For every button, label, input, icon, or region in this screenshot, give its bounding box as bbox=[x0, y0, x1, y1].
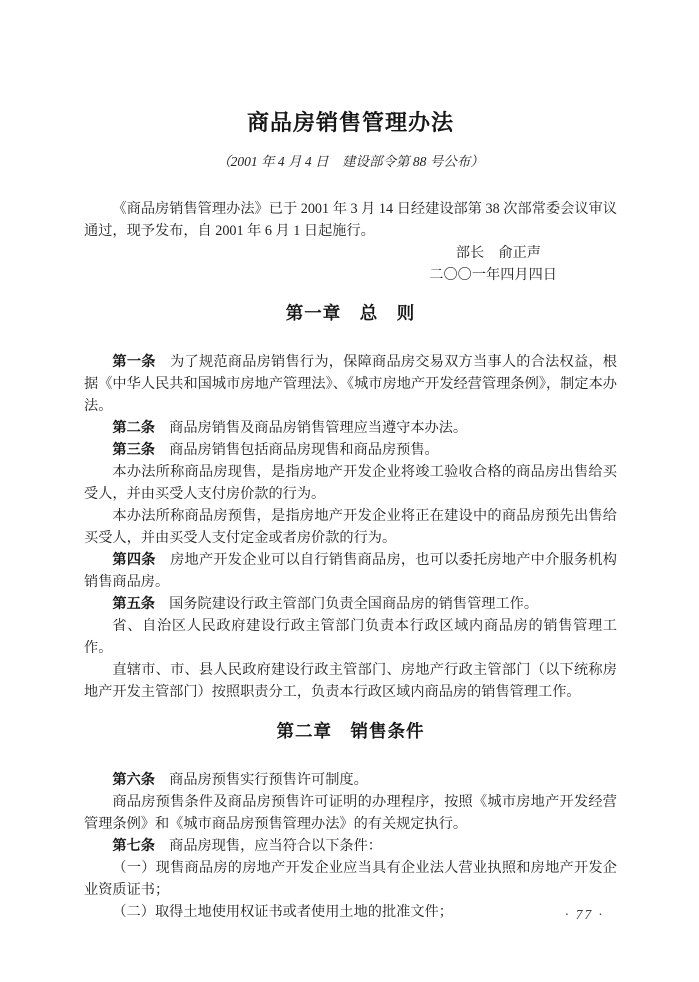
article-5-number: 第五条 bbox=[112, 596, 155, 612]
article-5-paragraph: 第五条 国务院建设行政主管部门负责全国商品房的销售管理工作。 bbox=[84, 593, 617, 615]
promulgation-note: （2001 年 4 月 4 日 建设部令第 88 号公布） bbox=[84, 152, 617, 172]
article-2-number: 第二条 bbox=[112, 420, 155, 436]
article-4-number: 第四条 bbox=[112, 552, 155, 568]
signature-date: 二〇〇一年四月四日 bbox=[84, 264, 617, 286]
article-2-text: 商品房销售及商品房销售管理应当遵守本办法。 bbox=[155, 420, 467, 436]
document-title: 商品房销售管理办法 bbox=[84, 0, 617, 138]
article-3-number: 第三条 bbox=[112, 442, 155, 458]
body-paragraph-province: 省、自治区人民政府建设行政主管部门负责本行政区域内商品房的销售管理工作。 bbox=[84, 615, 617, 659]
article-2-paragraph: 第二条 商品房销售及商品房销售管理应当遵守本办法。 bbox=[84, 417, 617, 439]
condition-item-2: （二）取得土地使用权证书或者使用土地的批准文件； bbox=[84, 901, 617, 923]
document-page: 商品房销售管理办法 （2001 年 4 月 4 日 建设部令第 88 号公布） … bbox=[0, 0, 699, 982]
page-number: · 77 · bbox=[565, 907, 604, 923]
body-paragraph-xianshou-definition: 本办法所称商品房现售，是指房地产开发企业将竣工验收合格的商品房出售给买受人，并由… bbox=[84, 461, 617, 505]
body-paragraph-presale-procedure: 商品房预售条件及商品房预售许可证明的办理程序，按照《城市房地产开发经营管理条例》… bbox=[84, 791, 617, 835]
article-4-paragraph: 第四条 房地产开发企业可以自行销售商品房，也可以委托房地产中介服务机构销售商品房… bbox=[84, 549, 617, 593]
intro-paragraph: 《商品房销售管理办法》已于 2001 年 3 月 14 日经建设部第 38 次部… bbox=[84, 198, 617, 242]
chapter-2-heading: 第二章 销售条件 bbox=[84, 717, 617, 745]
article-6-paragraph: 第六条 商品房预售实行预售许可制度。 bbox=[84, 769, 617, 791]
body-paragraph-municipality: 直辖市、市、县人民政府建设行政主管部门、房地产行政主管部门（以下统称房地产开发主… bbox=[84, 659, 617, 703]
article-5-text: 国务院建设行政主管部门负责全国商品房的销售管理工作。 bbox=[155, 596, 538, 612]
article-7-paragraph: 第七条 商品房现售，应当符合以下条件： bbox=[84, 835, 617, 857]
article-7-number: 第七条 bbox=[112, 838, 155, 854]
body-paragraph-yushou-definition: 本办法所称商品房预售，是指房地产开发企业将正在建设中的商品房预先出售给买受人，并… bbox=[84, 505, 617, 549]
article-3-text: 商品房销售包括商品房现售和商品房预售。 bbox=[155, 442, 439, 458]
article-1-text: 为了规范商品房销售行为，保障商品房交易双方当事人的合法权益，根据《中华人民共和国… bbox=[84, 354, 617, 414]
document-content: 商品房销售管理办法 （2001 年 4 月 4 日 建设部令第 88 号公布） … bbox=[84, 0, 617, 923]
article-3-paragraph: 第三条 商品房销售包括商品房现售和商品房预售。 bbox=[84, 439, 617, 461]
article-7-text: 商品房现售，应当符合以下条件： bbox=[155, 838, 382, 854]
condition-item-1: （一）现售商品房的房地产开发企业应当具有企业法人营业执照和房地产开发企业资质证书… bbox=[84, 857, 617, 901]
chapter-1-heading: 第一章 总 则 bbox=[84, 299, 617, 327]
article-1-number: 第一条 bbox=[112, 354, 155, 370]
article-1-paragraph: 第一条 为了规范商品房销售行为，保障商品房交易双方当事人的合法权益，根据《中华人… bbox=[84, 351, 617, 417]
signature-minister: 部长 俞正声 bbox=[84, 242, 617, 264]
article-4-text: 房地产开发企业可以自行销售商品房，也可以委托房地产中介服务机构销售商品房。 bbox=[84, 552, 617, 590]
article-6-text: 商品房预售实行预售许可制度。 bbox=[155, 772, 368, 788]
article-6-number: 第六条 bbox=[112, 772, 155, 788]
